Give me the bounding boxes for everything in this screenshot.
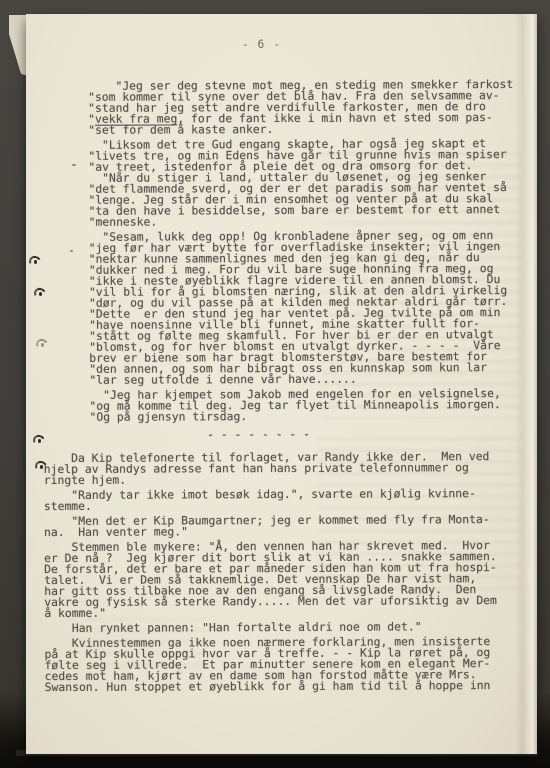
punch-hole xyxy=(29,256,41,267)
letter-paragraph-4: "Jeg har kjempet som Jakob med engelen f… xyxy=(43,388,519,423)
text-line: Swanson. Hun stoppet et øyeblikk for å g… xyxy=(45,680,521,693)
narrative-paragraph-6: Kvinnestemmen ga ikke noen nærmere forkl… xyxy=(44,636,520,693)
text-line: "lar seg utfolde i denne vår have...... xyxy=(89,373,519,386)
narrative-paragraph-3: "Men det er Kip Baumgartner; jeg er komm… xyxy=(44,514,520,538)
letter-paragraph-1: "Jeg ser deg stevne mot meg, en stedig m… xyxy=(42,79,518,136)
letter-paragraph-2: "Liksom det tre Gud engang skapte, har o… xyxy=(42,138,518,228)
page-number: - 6 - xyxy=(6,37,517,51)
narrative-paragraph-5: Han rynket pannen: "Han fortalte aldri n… xyxy=(44,621,520,634)
text-line: "Randy tar ikke imot besøk idag.", svart… xyxy=(44,488,520,501)
scanned-page: - 6 - "Jeg ser deg stevne mot meg, en st… xyxy=(26,14,537,754)
narrative-paragraph-1: Da Kip telefonerte til forlaget, var Ran… xyxy=(44,451,520,486)
page-text: "Jeg ser deg stevne mot meg, en stedig m… xyxy=(42,79,521,697)
letter-paragraph-3: "Sesam, lukk deg opp! Og kronbladene åpn… xyxy=(43,230,520,386)
section-separator: - - - - - - - - xyxy=(44,428,474,441)
narrative-paragraph-4: Stemmen ble mykere: "Å, den vennen han h… xyxy=(44,540,520,619)
text-line: vakre og fysisk så sterke Randy..... Men… xyxy=(44,595,520,608)
narrative-paragraph-2: "Randy tar ikke imot besøk idag.", svart… xyxy=(44,488,520,512)
text-line: Han rynket pannen: "Han fortalte aldri n… xyxy=(44,621,520,634)
